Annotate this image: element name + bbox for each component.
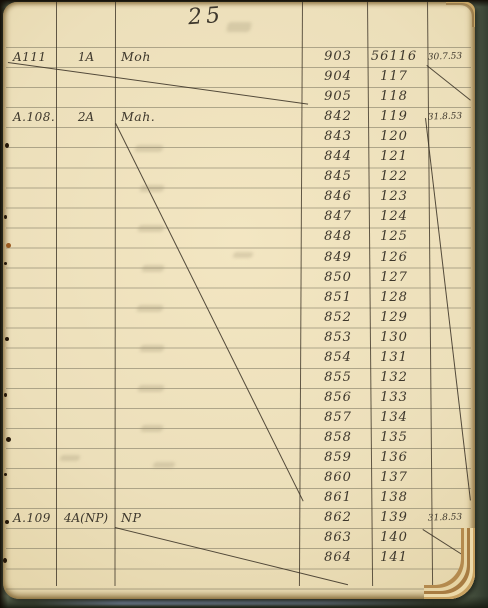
description-cell: Mah. <box>121 107 273 127</box>
serial-cell: 858 <box>316 428 360 448</box>
ref-cell: A111 <box>13 47 61 67</box>
serial-cell: 854 <box>316 348 360 368</box>
date-cell: 31.8.53 <box>424 106 467 127</box>
number-cell: 126 <box>368 248 420 268</box>
table-row: 844 121 <box>3 147 475 167</box>
table-row: 846 123 <box>3 187 475 207</box>
number-cell: 139 <box>368 508 420 528</box>
serial-cell: 855 <box>316 368 360 388</box>
number-cell: 133 <box>368 388 420 408</box>
date-cell: 30.7.53 <box>424 46 467 67</box>
class-cell: 2A <box>58 107 114 127</box>
number-cell: 130 <box>368 328 420 348</box>
number-cell: 138 <box>368 488 420 508</box>
table-row: A111 1A Moh 903 56116 30.7.53 <box>3 47 475 67</box>
serial-cell: 903 <box>316 47 360 67</box>
serial-cell: 859 <box>316 448 360 468</box>
number-cell: 137 <box>368 468 420 488</box>
ref-cell: A.109 <box>13 508 61 528</box>
table-row: 864 141 <box>3 548 475 568</box>
table-row: 857 134 <box>3 408 475 428</box>
table-row: 853 130 <box>3 328 475 348</box>
table-row: 848 125 <box>3 227 475 247</box>
class-cell: 1A <box>58 47 114 67</box>
number-cell: 129 <box>368 308 420 328</box>
serial-cell: 862 <box>316 508 360 528</box>
serial-cell: 847 <box>316 207 360 227</box>
table-row: A.109 4A(NP) NP 862 139 31.8.53 <box>3 508 475 528</box>
serial-cell: 849 <box>316 248 360 268</box>
serial-cell: 904 <box>316 67 360 87</box>
number-cell: 122 <box>368 167 420 187</box>
notebook-page: 25 A111 1A Moh 903 56116 <box>3 2 475 599</box>
serial-cell: 905 <box>316 87 360 107</box>
number-cell: 134 <box>368 408 420 428</box>
number-cell: 118 <box>368 87 420 107</box>
number-cell: 127 <box>368 268 420 288</box>
table-row: 905 118 <box>3 87 475 107</box>
serial-cell: 845 <box>316 167 360 187</box>
table-row: 856 133 <box>3 388 475 408</box>
serial-cell: 853 <box>316 328 360 348</box>
number-cell: 141 <box>368 548 420 568</box>
serial-cell: 856 <box>316 388 360 408</box>
class-cell: 4A(NP) <box>58 508 114 528</box>
serial-cell: 850 <box>316 268 360 288</box>
table-row: 858 135 <box>3 428 475 448</box>
serial-cell: 861 <box>316 488 360 508</box>
date-cell: 31.8.53 <box>424 507 467 528</box>
serial-cell: 851 <box>316 288 360 308</box>
table-row: A.108. 2A Mah. 842 119 31.8.53 <box>3 107 475 127</box>
number-cell: 135 <box>368 428 420 448</box>
serial-cell: 863 <box>316 528 360 548</box>
ledger-rows: A111 1A Moh 903 56116 30.7.53 904 117 90… <box>3 2 475 599</box>
ref-cell: A.108. <box>13 107 61 127</box>
description-cell: Moh <box>121 47 273 67</box>
serial-cell: 860 <box>316 468 360 488</box>
serial-cell: 842 <box>316 107 360 127</box>
table-row: 850 127 <box>3 268 475 288</box>
number-cell: 119 <box>368 107 420 127</box>
number-cell: 132 <box>368 368 420 388</box>
serial-cell: 852 <box>316 308 360 328</box>
table-row: 904 117 <box>3 67 475 87</box>
page-corner-curl-bottom <box>424 528 475 599</box>
number-cell: 123 <box>368 187 420 207</box>
number-cell: 121 <box>368 147 420 167</box>
number-cell: 136 <box>368 448 420 468</box>
serial-cell: 844 <box>316 147 360 167</box>
page-corner-curl-top <box>446 2 475 27</box>
number-cell: 56116 <box>368 47 420 67</box>
scanned-ledger-photo: 25 A111 1A Moh 903 56116 <box>0 0 488 608</box>
serial-cell: 843 <box>316 127 360 147</box>
serial-cell: 864 <box>316 548 360 568</box>
table-row: 851 128 <box>3 288 475 308</box>
table-row: 849 126 <box>3 248 475 268</box>
page-drop-shadow <box>34 600 434 605</box>
serial-cell: 857 <box>316 408 360 428</box>
number-cell: 140 <box>368 528 420 548</box>
table-row: 843 120 <box>3 127 475 147</box>
table-row: 863 140 <box>3 528 475 548</box>
number-cell: 131 <box>368 348 420 368</box>
table-row: 847 124 <box>3 207 475 227</box>
serial-cell: 848 <box>316 227 360 247</box>
table-row: 859 136 <box>3 448 475 468</box>
number-cell: 125 <box>368 227 420 247</box>
number-cell: 120 <box>368 127 420 147</box>
number-cell: 128 <box>368 288 420 308</box>
table-row: 861 138 <box>3 488 475 508</box>
number-cell: 124 <box>368 207 420 227</box>
table-row: 855 132 <box>3 368 475 388</box>
table-row: 852 129 <box>3 308 475 328</box>
table-row: 845 122 <box>3 167 475 187</box>
table-row: 854 131 <box>3 348 475 368</box>
number-cell: 117 <box>368 67 420 87</box>
table-row: 860 137 <box>3 468 475 488</box>
serial-cell: 846 <box>316 187 360 207</box>
description-cell: NP <box>121 508 273 528</box>
